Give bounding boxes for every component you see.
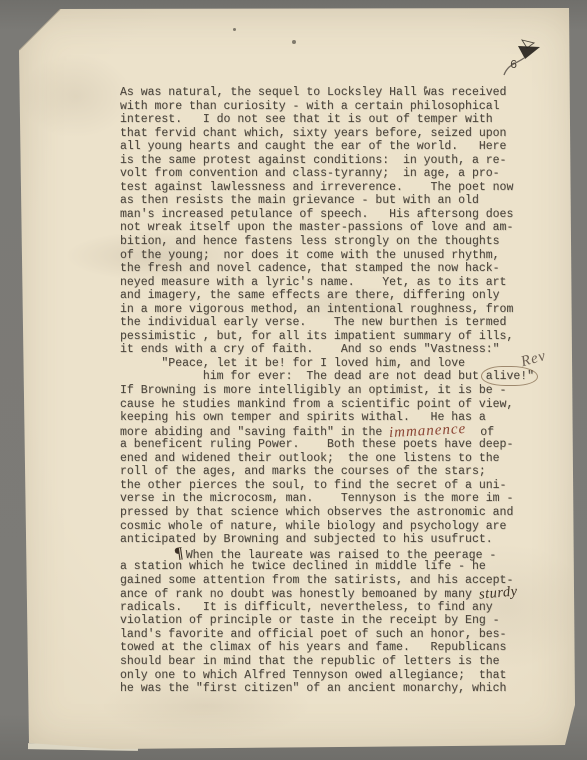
ink-speck: [292, 40, 296, 44]
page-number: 6: [510, 58, 517, 72]
typed-segment: neyed measure with a lyric's name. Yet, …: [120, 276, 506, 289]
text-line: land's favorite and official poet of suc…: [120, 628, 534, 642]
typed-segment: the individual early verse. The new burt…: [120, 316, 506, 329]
scanned-page-photo: 6 Rev As was natural, the sequel to Lock…: [0, 0, 587, 760]
text-line: If Browning is more intelligibly an opti…: [120, 384, 534, 398]
typed-segment: bition, and hence fastens less strongly …: [120, 235, 500, 248]
text-line: pessimistic , but, for all its impatient…: [120, 330, 534, 344]
typed-segment: anticipated by Browning and subjected to…: [120, 533, 493, 546]
text-line: more abiding and "saving faith" in the i…: [120, 425, 534, 439]
typed-segment: "Peace, let it be! for I loved him, and …: [120, 357, 465, 370]
text-line: towed at the climax of his years and fam…: [120, 641, 534, 655]
text-line: cosmic whole of nature, while biology an…: [120, 520, 534, 534]
typed-segment: in a more vigorous method, an intentiona…: [120, 303, 513, 316]
folded-corner: [16, 6, 82, 72]
text-line: the other pierces the soul, to find the …: [120, 479, 534, 493]
text-line: he was the "first citizen" of an ancient…: [120, 682, 534, 696]
text-line: all young hearts and caught the ear of t…: [120, 140, 534, 154]
text-line: with more than curiosity - with a certai…: [120, 100, 534, 114]
ink-flourish-icon: [494, 34, 546, 80]
typed-segment: man's increased petulance of speech. His…: [120, 208, 513, 221]
text-line: that fervid chant which, sixty years bef…: [120, 127, 534, 141]
text-line: the fresh and novel cadence, that stampe…: [120, 262, 534, 276]
text-line: "Peace, let it be! for I loved him, and …: [120, 357, 534, 371]
typed-segment: not wreak itself upon the master-passion…: [120, 221, 513, 234]
handwritten-segment: ¶: [174, 546, 184, 561]
typed-segment: alive!": [486, 370, 534, 383]
text-line: man's increased petulance of speech. His…: [120, 208, 534, 222]
text-line: bition, and hence fastens less strongly …: [120, 235, 534, 249]
typed-segment: ance of rank no doubt was honestly bemoa…: [120, 588, 479, 601]
typed-segment: cause he studies mankind from a scientif…: [120, 398, 513, 411]
typed-segment: verse in the microcosm, man. Tennyson is…: [120, 492, 513, 505]
ink-speck: [424, 86, 427, 89]
text-line: volt from convention and class-tyranny; …: [120, 167, 534, 181]
typed-segment: pessimistic , but, for all its impatient…: [120, 330, 513, 343]
typed-segment: gained some attention from the satirists…: [120, 574, 513, 587]
text-line: the individual early verse. The new burt…: [120, 316, 534, 330]
text-line: gained some attention from the satirists…: [120, 574, 534, 588]
typed-segment: towed at the climax of his years and fam…: [120, 641, 506, 654]
text-line: a beneficent ruling Power. Both these po…: [120, 438, 534, 452]
typed-segment: the fresh and novel cadence, that stampe…: [120, 262, 500, 275]
typed-segment: interest. I do not see that it is out of…: [120, 113, 493, 126]
text-line: As was natural, the sequel to Locksley H…: [120, 86, 534, 100]
typed-segment: he was the "first citizen" of an ancient…: [120, 682, 506, 695]
text-line: in a more vigorous method, an intentiona…: [120, 303, 534, 317]
text-line: cause he studies mankind from a scientif…: [120, 398, 534, 412]
handwritten-segment: sturdy: [478, 586, 518, 603]
text-line: him for ever: The dead are not dead but …: [120, 370, 534, 384]
text-line: violation of principle or taste in the r…: [120, 614, 534, 628]
typed-segment: If Browning is more intelligibly an opti…: [120, 384, 506, 397]
text-line: roll of the ages, and marks the courses …: [120, 465, 534, 479]
typed-segment: him for ever: The dead are not dead but: [120, 370, 486, 383]
typed-text: As was natural, the sequel to Locksley H…: [120, 86, 534, 696]
typed-segment: land's favorite and official poet of suc…: [120, 628, 506, 641]
typed-segment: is the same protest against conditions: …: [120, 154, 506, 167]
typed-segment: all young hearts and caught the ear of t…: [120, 140, 506, 153]
text-line: is the same protest against conditions: …: [120, 154, 534, 168]
typed-segment: it ends with a cry of faith. And so ends…: [120, 343, 500, 356]
text-line: should bear in mind that the republic of…: [120, 655, 534, 669]
typed-segment: more abiding and "saving faith" in the: [120, 426, 389, 439]
typed-segment: ened and widened their outlook; the one …: [120, 452, 500, 465]
typed-segment: As was natural, the sequel to Locksley H…: [120, 86, 506, 99]
typed-segment: as then resists the main grievance - but…: [120, 194, 479, 207]
typed-segment: that fervid chant which, sixty years bef…: [120, 127, 506, 140]
text-line: ened and widened their outlook; the one …: [120, 452, 534, 466]
text-line: radicals. It is difficult, nevertheless,…: [120, 601, 534, 615]
typed-segment: of the young; nor does it come with the …: [120, 249, 500, 262]
typed-segment: pressed by that science which observes t…: [120, 506, 513, 519]
typed-segment: volt from convention and class-tyranny; …: [120, 167, 500, 180]
text-line: as then resists the main grievance - but…: [120, 194, 534, 208]
text-line: interest. I do not see that it is out of…: [120, 113, 534, 127]
text-line: and imagery, the same effects are there,…: [120, 289, 534, 303]
typed-segment: the other pierces the soul, to find the …: [120, 479, 506, 492]
text-line: ¶When the laureate was raised to the pee…: [120, 547, 534, 561]
text-line: it ends with a cry of faith. And so ends…: [120, 343, 534, 357]
text-line: keeping his own temper and spirits witha…: [120, 411, 534, 425]
typed-segment: only one to which Alfred Tennyson owed a…: [120, 669, 506, 682]
text-line: pressed by that science which observes t…: [120, 506, 534, 520]
text-line: verse in the microcosm, man. Tennyson is…: [120, 492, 534, 506]
typed-segment: with more than curiosity - with a certai…: [120, 100, 500, 113]
text-line: not wreak itself upon the master-passion…: [120, 221, 534, 235]
typed-segment: of: [466, 426, 494, 439]
text-line: neyed measure with a lyric's name. Yet, …: [120, 276, 534, 290]
typed-segment: and imagery, the same effects are there,…: [120, 289, 500, 302]
typed-segment: roll of the ages, and marks the courses …: [120, 465, 486, 478]
text-line: ance of rank no doubt was honestly bemoa…: [120, 587, 534, 601]
typed-segment: a beneficent ruling Power. Both these po…: [120, 438, 513, 451]
text-line: only one to which Alfred Tennyson owed a…: [120, 669, 534, 683]
typed-segment: a station which he twice declined in mid…: [120, 560, 486, 573]
text-line: of the young; nor does it come with the …: [120, 249, 534, 263]
paper-sheet: 6 Rev As was natural, the sequel to Lock…: [16, 6, 580, 752]
text-line: test against lawlessness and irreverence…: [120, 181, 534, 195]
ink-speck: [233, 28, 236, 31]
typed-segment: violation of principle or taste in the r…: [120, 614, 500, 627]
typed-segment: should bear in mind that the republic of…: [120, 655, 500, 668]
text-line: a station which he twice declined in mid…: [120, 560, 534, 574]
typed-segment: cosmic whole of nature, while biology an…: [120, 520, 506, 533]
typed-segment: test against lawlessness and irreverence…: [120, 181, 513, 194]
typed-segment: radicals. It is difficult, nevertheless,…: [120, 601, 493, 614]
